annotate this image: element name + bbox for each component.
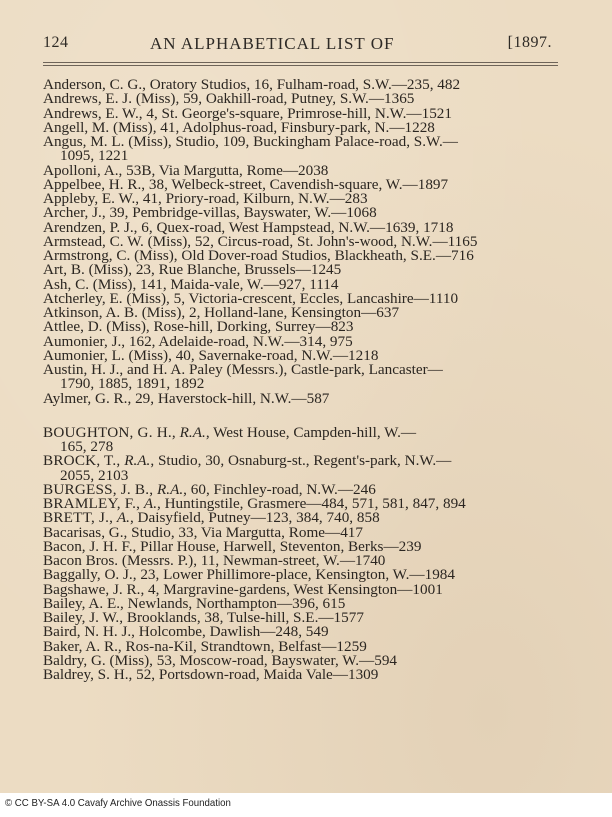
page-title: AN ALPHABETICAL LIST OF	[150, 34, 394, 54]
list-item: Aylmer, G. R., 29, Haverstock-hill, N.W.…	[43, 392, 563, 406]
running-head: 124 AN ALPHABETICAL LIST OF [1897.	[43, 34, 563, 56]
list-item: Austin, H. J., and H. A. Paley (Messrs.)…	[43, 363, 563, 392]
entry-details: 52, Portsdown-road, Maida Vale—1309	[132, 666, 378, 683]
header-rule-top	[43, 62, 558, 63]
copyright-credit: © CC BY-SA 4.0 Cavafy Archive Onassis Fo…	[5, 797, 231, 809]
list-item: BROCK, T., R.A., Studio, 30, Osnaburg-st…	[43, 454, 563, 483]
entry-details: 29, Haverstock-hill, N.W.—587	[131, 390, 329, 407]
entry-details: , Studio, 30, Osnaburg-st., Regent's-par…	[150, 452, 451, 469]
list-item: Baldrey, S. H., 52, Portsdown-road, Maid…	[43, 668, 563, 682]
book-page: 124 AN ALPHABETICAL LIST OF [1897. Ander…	[0, 0, 612, 793]
entry-details: , West House, Campden-hill, W.—	[206, 424, 416, 441]
entry-name: Aylmer, G. R.,	[43, 390, 131, 407]
section-gap	[43, 406, 563, 426]
entry-honorific: R.A.	[124, 452, 150, 469]
page-number: 124	[43, 34, 69, 52]
list-item: BOUGHTON, G. H., R.A., West House, Campd…	[43, 426, 563, 455]
year-marker: [1897.	[508, 34, 552, 52]
entry-details: (Miss), Studio, 109, Buckingham Palace-r…	[124, 133, 458, 150]
entry-list: Anderson, C. G., Oratory Studios, 16, Fu…	[43, 78, 563, 682]
entry-name: Baldrey, S. H.,	[43, 666, 132, 683]
list-item: Angus, M. L. (Miss), Studio, 109, Buckin…	[43, 135, 563, 164]
entry-honorific: R.A.	[180, 424, 206, 441]
header-rule-bottom	[43, 65, 558, 66]
